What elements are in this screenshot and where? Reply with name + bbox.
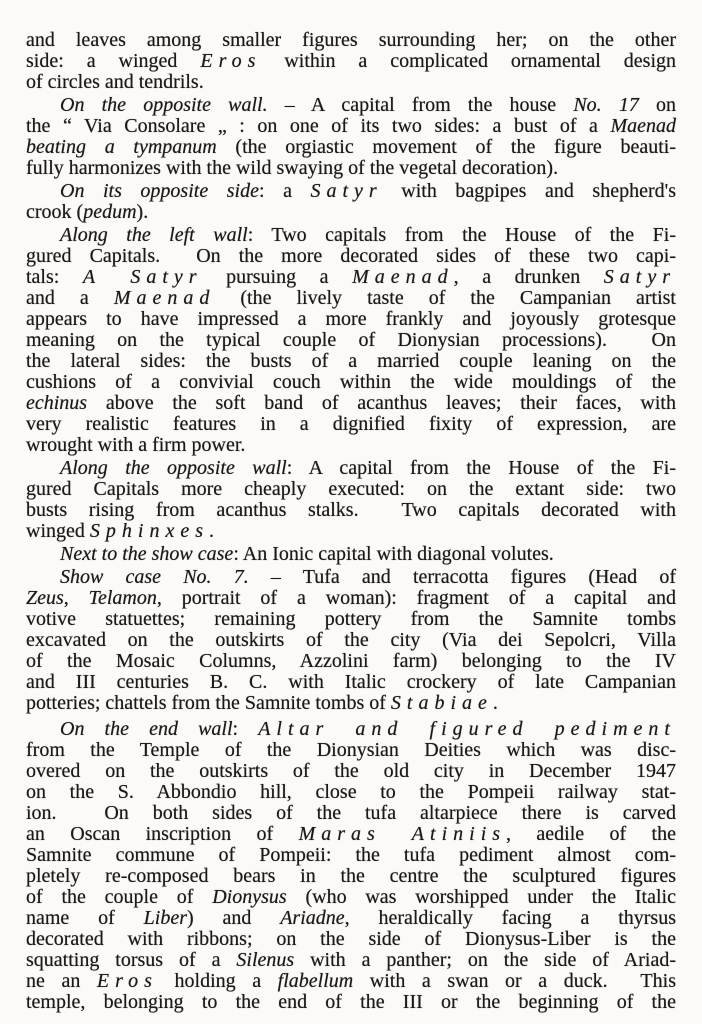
- text-segment: appears to have impressed a more frankly…: [26, 308, 676, 330]
- text-segment: of circles and tendrils.: [26, 71, 204, 93]
- text-line: fully harmonizes with the wild swaying o…: [26, 158, 676, 179]
- text-segment: tals:: [26, 266, 83, 288]
- text-block: and leaves among smaller figures surroun…: [26, 30, 676, 1013]
- text-segment: ) and: [187, 907, 280, 929]
- text-segment: an Oscan inscription of: [26, 823, 299, 845]
- text-segment: Altar and figured pediment: [258, 718, 676, 740]
- text-line: On its opposite side: a Satyr with bagpi…: [26, 181, 676, 202]
- text-line: Samnite commune of Pompeii: the tufa ped…: [26, 845, 676, 866]
- text-segment: crook (: [26, 201, 83, 223]
- text-segment: Show case No. 7.: [60, 566, 249, 588]
- text-line: an Oscan inscription of Maras Atiniis, a…: [26, 824, 676, 845]
- text-segment: Stabiae: [391, 692, 493, 714]
- text-segment: Ariadne: [280, 907, 344, 929]
- text-segment: with a swan or a duck. This: [353, 970, 676, 992]
- text-segment: excavated on the outskirts of the city (…: [26, 629, 676, 651]
- text-segment: winged: [26, 520, 90, 542]
- text-segment: (who was worshipped under the Italic: [287, 886, 676, 908]
- text-segment: Maenad: [610, 115, 676, 137]
- text-segment: :: [233, 718, 259, 740]
- text-line: Along the opposite wall: A capital from …: [26, 458, 676, 479]
- paragraph: On the end wall: Altar and figured pedim…: [26, 719, 676, 1013]
- text-segment: name of: [26, 907, 144, 929]
- text-segment: temple, belonging to the end of the III …: [26, 991, 676, 1013]
- text-segment: Maras Atiniis: [299, 823, 506, 845]
- text-segment: Satyr: [604, 266, 676, 288]
- text-segment: Along the left wall: [60, 224, 248, 246]
- text-segment: (the lively taste of the Campanian artis…: [215, 287, 676, 309]
- text-line: squatting torsus of a Silenus with a pan…: [26, 950, 676, 971]
- text-segment: On the opposite wall.: [60, 94, 268, 116]
- text-segment: ne an: [26, 970, 97, 992]
- text-segment: wrought with a firm power.: [26, 434, 245, 456]
- text-segment: – A capital from the house: [268, 94, 574, 116]
- text-segment: , heraldically facing a thyrsus: [345, 907, 676, 929]
- text-segment: with a panther; on the side of Ariad-: [294, 949, 676, 971]
- text-line: excavated on the outskirts of the city (…: [26, 630, 676, 651]
- text-line: from the Temple of the Dionysian Deities…: [26, 740, 676, 761]
- text-line: echinus above the soft band of acanthus …: [26, 393, 676, 414]
- paragraph: and leaves among smaller figures surroun…: [26, 30, 676, 93]
- text-segment: with bagpipes and shepherd's: [383, 180, 676, 202]
- text-segment: Liber: [144, 907, 187, 929]
- text-line: Next to the show case: An Ionic capital …: [26, 544, 676, 565]
- text-segment: on the S. Abbondio hill, close to the Po…: [26, 781, 676, 803]
- text-line: temple, belonging to the end of the III …: [26, 992, 676, 1013]
- text-segment: – Tufa and terracotta figures (Head of: [249, 566, 676, 588]
- text-line: name of Liber) and Ariadne, heraldically…: [26, 908, 676, 929]
- text-line: of the Mosaic Columns, Azzolini farm) be…: [26, 651, 676, 672]
- text-segment: beating a tympanum: [26, 136, 217, 158]
- text-segment: On its opposite side: [60, 180, 259, 202]
- text-line: Show case No. 7. – Tufa and terracotta f…: [26, 567, 676, 588]
- text-line: Along the left wall: Two capitals from t…: [26, 225, 676, 246]
- text-segment: very realistic features in a dignified f…: [26, 413, 676, 435]
- text-segment: votive statuettes; remaining pottery fro…: [26, 608, 676, 630]
- text-segment: Eros: [97, 970, 158, 992]
- text-line: winged Sphinxes.: [26, 521, 676, 542]
- text-line: pletely re-composed bears in the centre …: [26, 866, 676, 887]
- paragraph: Next to the show case: An Ionic capital …: [26, 544, 676, 565]
- text-segment: decorated with ribbons; on the side of D…: [26, 928, 676, 950]
- text-segment: Maenad: [352, 266, 454, 288]
- text-line: ion. On both sides of the tufa altarpiec…: [26, 803, 676, 824]
- text-line: and III centuries B. C. with Italic croc…: [26, 672, 676, 693]
- text-segment: and a: [26, 287, 114, 309]
- text-segment: side: a winged: [26, 50, 200, 72]
- text-line: On the opposite wall. – A capital from t…: [26, 95, 676, 116]
- paragraph: On its opposite side: a Satyr with bagpi…: [26, 181, 676, 223]
- text-segment: A Satyr: [83, 266, 203, 288]
- text-segment: , portrait of a woman): fragment of a ca…: [157, 587, 676, 609]
- text-segment: Samnite commune of Pompeii: the tufa ped…: [26, 844, 676, 866]
- paragraph: Along the left wall: Two capitals from t…: [26, 225, 676, 456]
- text-segment: the lateral sides: the busts of a marrie…: [26, 350, 676, 372]
- text-segment: Silenus: [236, 949, 294, 971]
- text-segment: potteries; chattels from the Samnite tom…: [26, 692, 391, 714]
- text-segment: and leaves among smaller figures surroun…: [26, 29, 676, 51]
- text-line: Zeus, Telamon, portrait of a woman): fra…: [26, 588, 676, 609]
- paragraph: Show case No. 7. – Tufa and terracotta f…: [26, 567, 676, 714]
- text-segment: Dionysus: [212, 886, 286, 908]
- text-line: votive statuettes; remaining pottery fro…: [26, 609, 676, 630]
- text-line: beating a tympanum (the orgiastic moveme…: [26, 137, 676, 158]
- text-segment: on: [639, 94, 676, 116]
- text-segment: meaning on the typical couple of Dionysi…: [26, 329, 676, 351]
- text-line: potteries; chattels from the Samnite tom…: [26, 693, 676, 714]
- text-segment: (the orgiastic movement of the figure be…: [217, 136, 676, 158]
- text-line: meaning on the typical couple of Dionysi…: [26, 330, 676, 351]
- text-segment: of the Mosaic Columns, Azzolini farm) be…: [26, 650, 676, 672]
- text-segment: .: [493, 692, 498, 714]
- scanned-book-page: and leaves among smaller figures surroun…: [0, 0, 702, 1024]
- text-segment: gured Capitals. On the more decorated si…: [26, 245, 676, 267]
- text-segment: of the couple of: [26, 886, 212, 908]
- text-line: crook (pedum).: [26, 202, 676, 223]
- text-segment: overed on the outskirts of the old city …: [26, 760, 676, 782]
- text-segment: : An Ionic capital with diagonal volutes…: [233, 543, 554, 565]
- text-segment: and III centuries B. C. with Italic croc…: [26, 671, 676, 693]
- text-line: busts rising from acanthus stalks. Two c…: [26, 500, 676, 521]
- text-segment: : a: [259, 180, 311, 202]
- text-segment: Telamon: [89, 587, 157, 609]
- text-line: and a Maenad (the lively taste of the Ca…: [26, 288, 676, 309]
- text-line: ne an Eros holding a flabellum with a sw…: [26, 971, 676, 992]
- text-segment: flabellum: [278, 970, 354, 992]
- text-line: the “ Via Consolare „ : on one of its tw…: [26, 116, 676, 137]
- text-line: overed on the outskirts of the old city …: [26, 761, 676, 782]
- paragraph: On the opposite wall. – A capital from t…: [26, 95, 676, 179]
- text-segment: ion. On both sides of the tufa altarpiec…: [26, 802, 676, 824]
- text-segment: , a drunken: [454, 266, 604, 288]
- text-segment: Along the opposite wall: [60, 457, 287, 479]
- text-segment: Eros: [200, 50, 261, 72]
- text-segment: Maenad: [114, 287, 216, 309]
- text-segment: echinus: [26, 392, 87, 414]
- text-segment: ,: [64, 587, 89, 609]
- text-segment: holding a: [158, 970, 278, 992]
- text-segment: squatting torsus of a: [26, 949, 236, 971]
- text-line: tals: A Satyr pursuing a Maenad, a drunk…: [26, 267, 676, 288]
- text-line: side: a winged Eros within a complicated…: [26, 51, 676, 72]
- text-line: gured Capitals. On the more decorated si…: [26, 246, 676, 267]
- text-segment: ).: [137, 201, 149, 223]
- text-line: gured Capitals more cheaply executed: on…: [26, 479, 676, 500]
- text-segment: Sphinxes: [90, 520, 209, 542]
- text-line: cushions of a convivial couch within the…: [26, 372, 676, 393]
- paragraph: Along the opposite wall: A capital from …: [26, 458, 676, 542]
- text-segment: , aedile of the: [506, 823, 676, 845]
- text-segment: busts rising from acanthus stalks. Two c…: [26, 499, 676, 521]
- text-line: On the end wall: Altar and figured pedim…: [26, 719, 676, 740]
- text-segment: gured Capitals more cheaply executed: on…: [26, 478, 676, 500]
- text-segment: the “ Via Consolare „ : on one of its tw…: [26, 115, 610, 137]
- text-line: appears to have impressed a more frankly…: [26, 309, 676, 330]
- text-segment: within a complicated ornamental design: [261, 50, 676, 72]
- text-segment: : A capital from the House of the Fi-: [287, 457, 676, 479]
- text-segment: pedum: [83, 201, 136, 223]
- text-segment: Next to the show case: [60, 543, 233, 565]
- text-segment: On the end wall: [60, 718, 233, 740]
- text-segment: fully harmonizes with the wild swaying o…: [26, 157, 558, 179]
- text-segment: No. 17: [573, 94, 639, 116]
- text-line: decorated with ribbons; on the side of D…: [26, 929, 676, 950]
- text-line: wrought with a firm power.: [26, 435, 676, 456]
- text-segment: : Two capitals from the House of the Fi-: [248, 224, 676, 246]
- text-segment: from the Temple of the Dionysian Deities…: [26, 739, 676, 761]
- text-line: of circles and tendrils.: [26, 72, 676, 93]
- text-segment: cushions of a convivial couch within the…: [26, 371, 676, 393]
- text-line: and leaves among smaller figures surroun…: [26, 30, 676, 51]
- text-line: on the S. Abbondio hill, close to the Po…: [26, 782, 676, 803]
- text-segment: pletely re-composed bears in the centre …: [26, 865, 676, 887]
- text-segment: .: [209, 520, 214, 542]
- text-line: very realistic features in a dignified f…: [26, 414, 676, 435]
- text-line: the lateral sides: the busts of a marrie…: [26, 351, 676, 372]
- text-segment: pursuing a: [203, 266, 353, 288]
- text-segment: Zeus: [26, 587, 64, 609]
- text-segment: Satyr: [311, 180, 383, 202]
- text-segment: above the soft band of acanthus leaves; …: [87, 392, 676, 414]
- text-line: of the couple of Dionysus (who was worsh…: [26, 887, 676, 908]
